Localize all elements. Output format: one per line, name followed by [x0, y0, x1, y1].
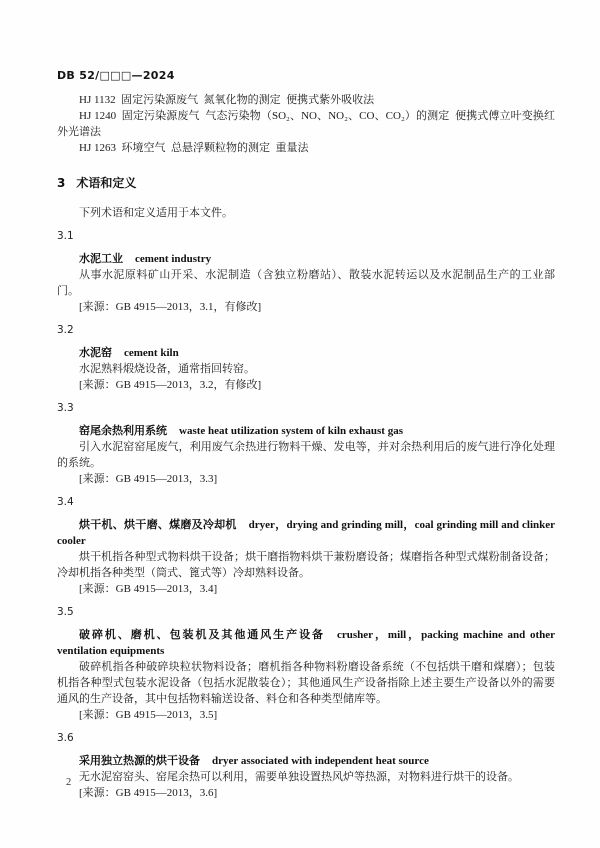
term-section: 3.2 水泥窑cement kiln 水泥熟料煅烧设备，通常指回转窑。 [来源：… — [57, 322, 555, 393]
clause-number: 3.5 — [57, 604, 555, 620]
reference-line: HJ 1132 固定污染源废气 氮氧化物的测定 便携式紫外吸收法 — [57, 92, 555, 108]
term-definition: 水泥熟料煅烧设备，通常指回转窑。 — [57, 361, 555, 377]
term-section: 3.6 采用独立热源的烘干设备dryer associated with ind… — [57, 730, 555, 801]
document-page: DB 52/□□□—2024 HJ 1132 固定污染源废气 氮氧化物的测定 便… — [0, 0, 600, 848]
term-english: waste heat utilization system of kiln ex… — [179, 425, 403, 437]
term-definition: 烘干机指各种型式物料烘干设备；烘干磨指物料烘干兼粉磨设备；煤磨指各种型式煤粉制备… — [57, 549, 555, 581]
term-source: [来源：GB 4915—2013，3.3] — [57, 471, 555, 487]
reference-line: HJ 1263 环境空气 总悬浮颗粒物的测定 重量法 — [57, 140, 555, 156]
term-source: [来源：GB 4915—2013，3.5] — [57, 707, 555, 723]
section-number: 3 — [57, 176, 65, 190]
document-body: HJ 1132 固定污染源废气 氮氧化物的测定 便携式紫外吸收法 HJ 1240… — [57, 92, 555, 801]
clause-number: 3.2 — [57, 322, 555, 338]
term-definition: 无水泥窑窑头、窑尾余热可以利用，需要单独设置热风炉等热源，对物料进行烘干的设备。 — [57, 769, 555, 785]
clause-number: 3.3 — [57, 400, 555, 416]
term-definition: 破碎机指各种破碎块粒状物料设备；磨机指各种物料粉磨设备系统（不包括烘干磨和煤磨）… — [57, 659, 555, 707]
term-line: 窑尾余热利用系统waste heat utilization system of… — [57, 423, 555, 439]
term-line: 水泥窑cement kiln — [57, 345, 555, 361]
section-intro: 下列术语和定义适用于本文件。 — [57, 205, 555, 221]
term-source: [来源：GB 4915—2013，3.6] — [57, 785, 555, 801]
term-english: cement kiln — [124, 347, 179, 359]
term-chinese: 破碎机、磨机、包装机及其他通风生产设备 — [79, 628, 325, 641]
reference-line: HJ 1240 固定污染源废气 气态污染物（SO₂、NO、NO₂、CO、CO₂）… — [57, 108, 555, 140]
term-line: 破碎机、磨机、包装机及其他通风生产设备crusher，mill，packing … — [57, 627, 555, 659]
clause-number: 3.4 — [57, 494, 555, 510]
term-section: 3.3 窑尾余热利用系统waste heat utilization syste… — [57, 400, 555, 487]
term-source: [来源：GB 4915—2013，3.1，有修改] — [57, 299, 555, 315]
section-heading: 3术语和定义 — [57, 175, 555, 191]
term-chinese: 采用独立热源的烘干设备 — [79, 754, 200, 767]
term-english: cement industry — [135, 253, 211, 265]
term-chinese: 烘干机、烘干磨、煤磨及冷却机 — [79, 518, 237, 531]
term-source: [来源：GB 4915—2013，3.4] — [57, 581, 555, 597]
term-definition: 引入水泥窑窑尾废气，利用废气余热进行物料干燥、发电等，并对余热利用后的废气进行净… — [57, 439, 555, 471]
section-title: 术语和定义 — [76, 176, 136, 190]
page-number: 2 — [66, 777, 71, 788]
clause-number: 3.1 — [57, 228, 555, 244]
clause-number: 3.6 — [57, 730, 555, 746]
term-chinese: 窑尾余热利用系统 — [79, 424, 167, 437]
term-line: 采用独立热源的烘干设备dryer associated with indepen… — [57, 753, 555, 769]
term-section: 3.4 烘干机、烘干磨、煤磨及冷却机dryer，drying and grind… — [57, 494, 555, 597]
term-english: dryer associated with independent heat s… — [212, 755, 429, 767]
document-code-header: DB 52/□□□—2024 — [57, 69, 175, 82]
term-line: 水泥工业cement industry — [57, 251, 555, 267]
term-line: 烘干机、烘干磨、煤磨及冷却机dryer，drying and grinding … — [57, 517, 555, 549]
term-source: [来源：GB 4915—2013，3.2，有修改] — [57, 377, 555, 393]
term-definition: 从事水泥原料矿山开采、水泥制造（含独立粉磨站）、散装水泥转运以及水泥制品生产的工… — [57, 267, 555, 299]
term-chinese: 水泥窑 — [79, 346, 112, 359]
term-section: 3.5 破碎机、磨机、包装机及其他通风生产设备crusher，mill，pack… — [57, 604, 555, 723]
term-section: 3.1 水泥工业cement industry 从事水泥原料矿山开采、水泥制造（… — [57, 228, 555, 315]
term-chinese: 水泥工业 — [79, 252, 123, 265]
